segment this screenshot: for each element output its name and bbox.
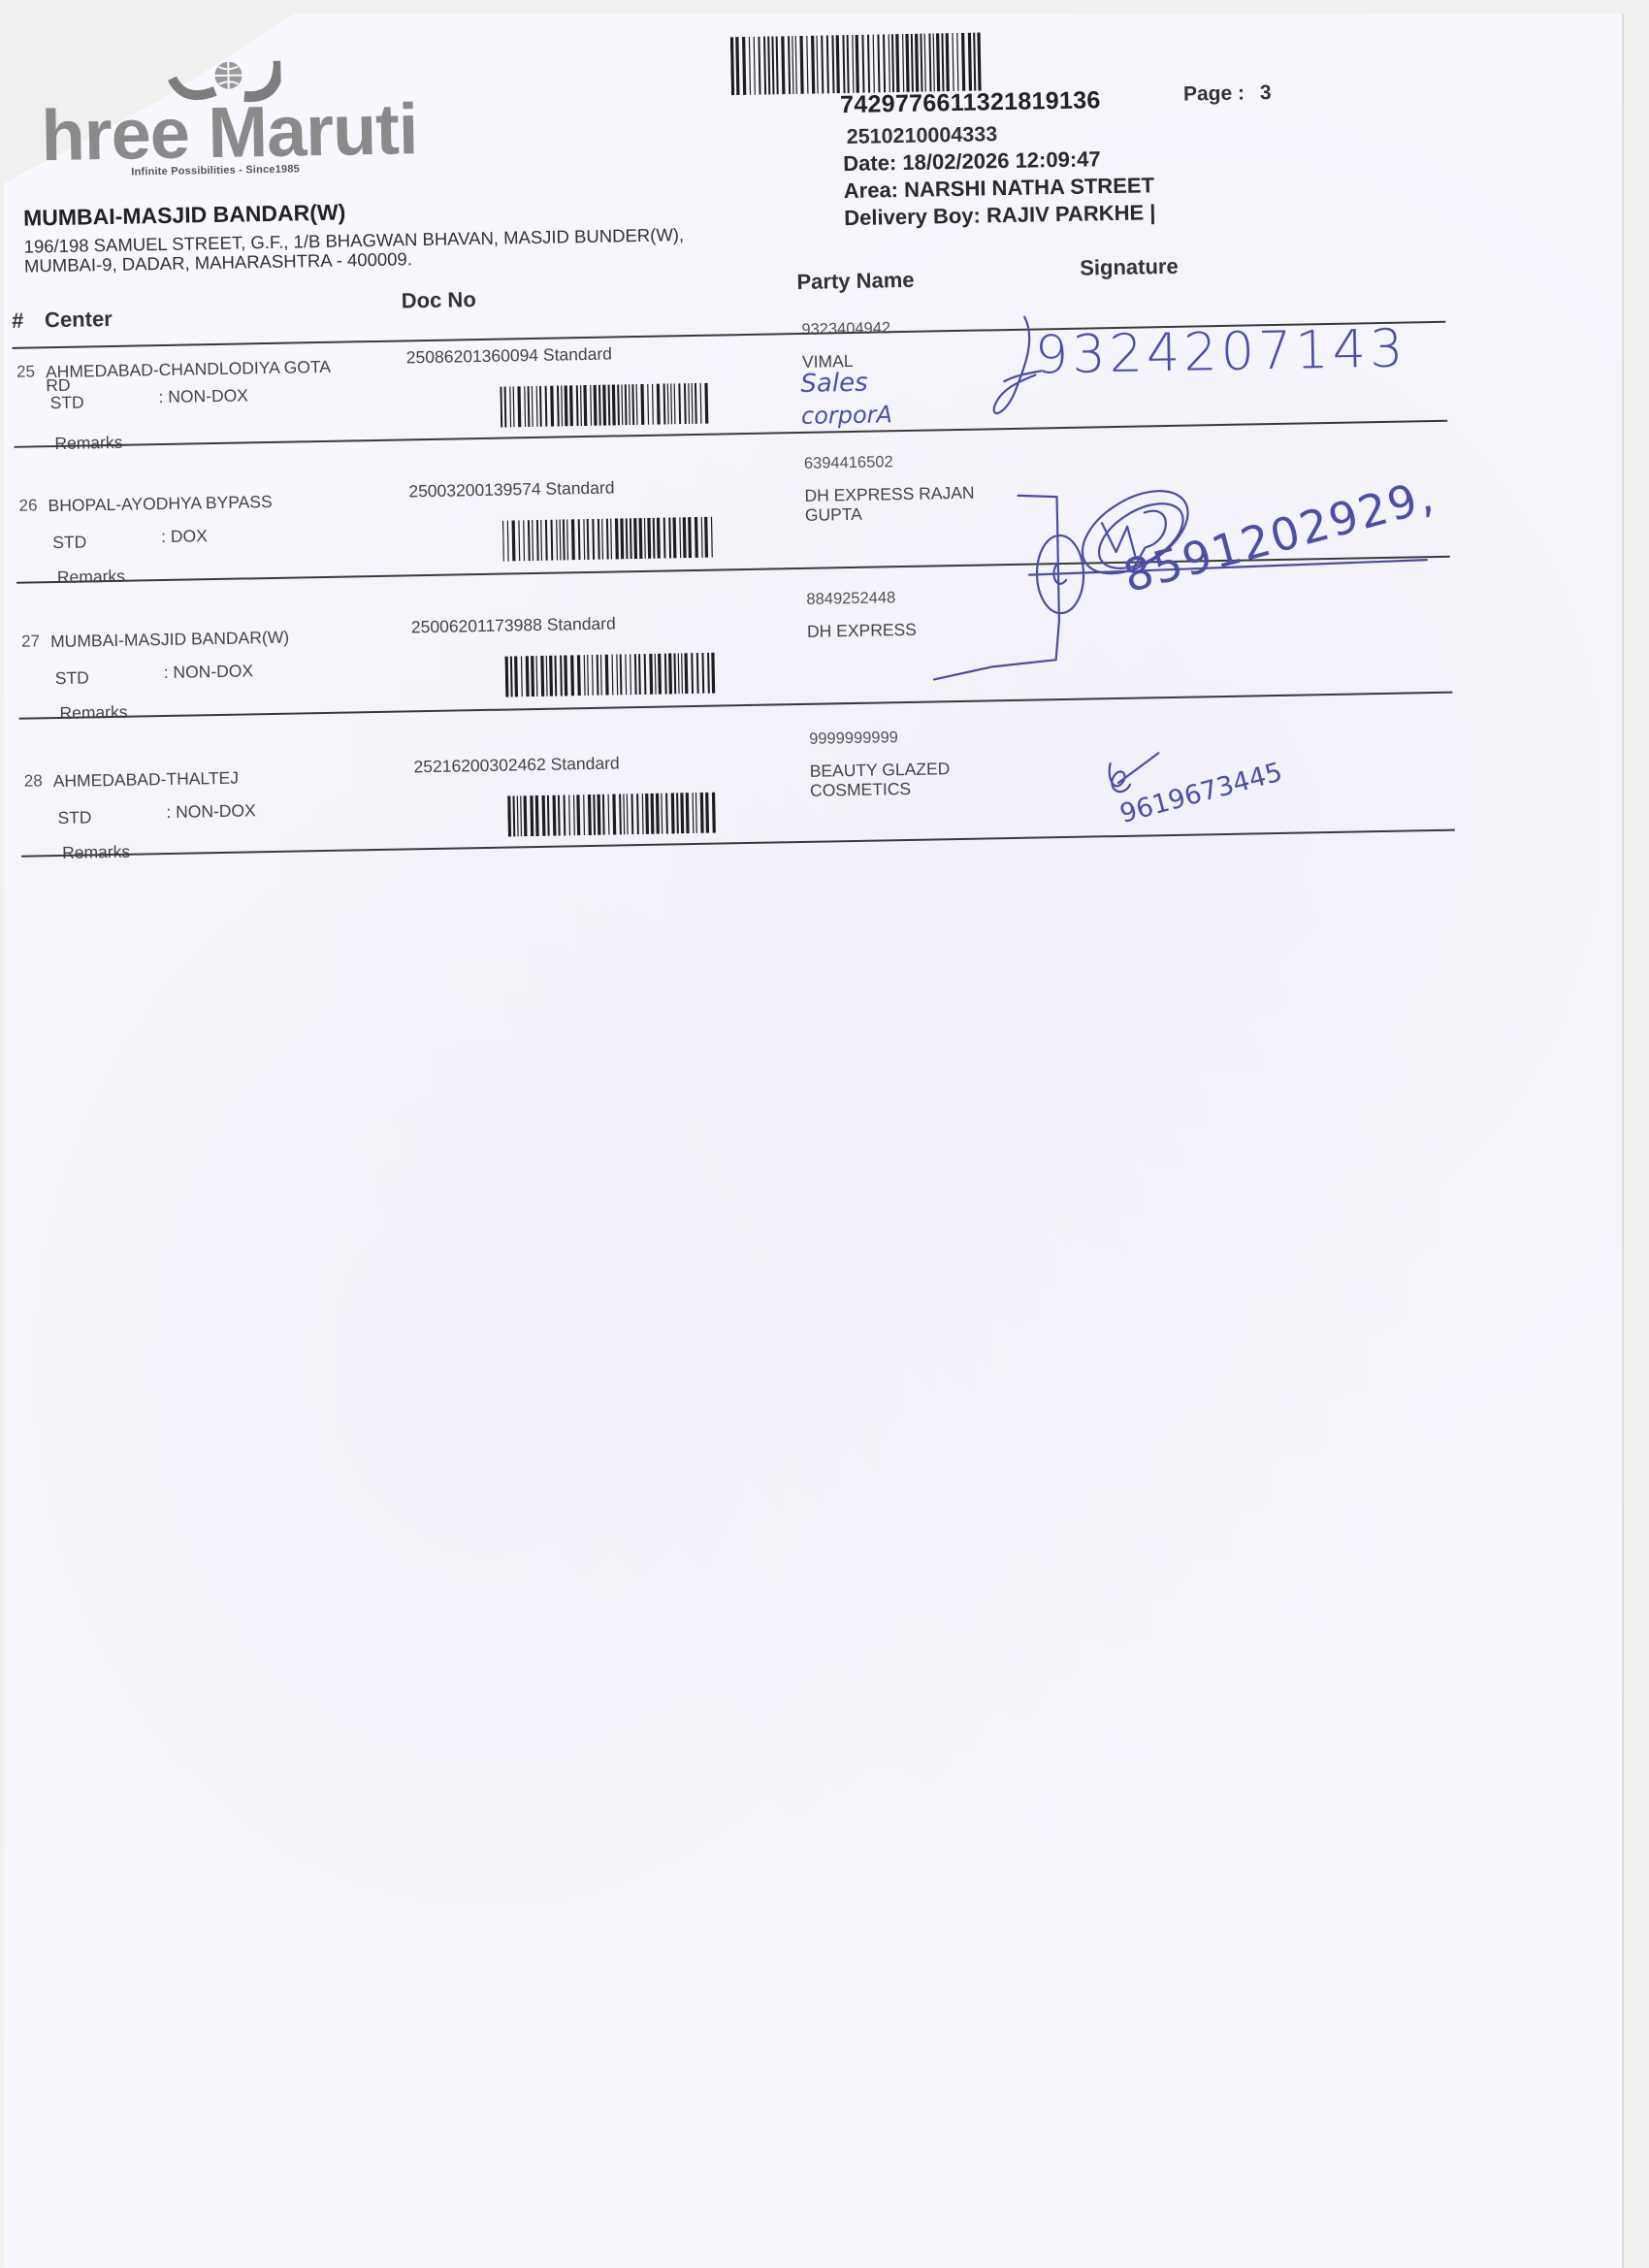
row-std-value: : NON-DOX [164, 661, 254, 683]
area-value: NARSHI NATHA STREET [904, 173, 1154, 202]
delivery-boy-label: Delivery Boy: [844, 204, 981, 231]
company-tagline: Infinite Possibilities - Since1985 [131, 163, 300, 178]
delivery-boy-line: Delivery Boy: RAJIV PARKHE | [844, 200, 1156, 231]
column-header-center: Center [45, 307, 113, 333]
row-std-value: : NON-DOX [166, 800, 256, 823]
column-header-party-name: Party Name [796, 268, 915, 295]
barcode-number: 7429776611321819136 [840, 86, 1101, 119]
row-center: BHOPAL-AYODHYA BYPASS [48, 492, 272, 516]
delivery-boy-value: RAJIV PARKHE | [986, 200, 1156, 227]
row-doc-no: 25086201360094 Standard [406, 344, 613, 369]
column-header-doc-no: Doc No [402, 287, 476, 313]
manifest-barcode [730, 32, 986, 95]
area-line: Area: NARSHI NATHA STREET [844, 173, 1155, 204]
handwritten-signature-row-25: 9324207143 [1034, 317, 1407, 385]
row-remarks-label: Remarks [54, 433, 122, 454]
row-doc-no: 25216200302462 Standard [413, 753, 620, 777]
branch-name: MUMBAI-MASJID BANDAR(W) [23, 200, 346, 232]
row-index: 26 [18, 496, 37, 515]
page-label: Page : [1183, 82, 1245, 106]
column-header-signature: Signature [1080, 254, 1179, 281]
row-barcode [502, 517, 715, 562]
row-barcode [507, 793, 720, 837]
row-center: AHMEDABAD-THALTEJ [53, 768, 240, 793]
row-party-name: BEAUTY GLAZED [810, 759, 951, 782]
date-line: Date: 18/02/2026 12:09:47 [843, 146, 1101, 177]
row-remarks-label: Remarks [59, 702, 127, 724]
page-indicator: Page : 3 [1183, 81, 1272, 107]
row-phone: 8849252448 [806, 589, 895, 609]
row-index: 25 [16, 362, 35, 381]
row-barcode [500, 383, 712, 428]
row-std-label: STD [49, 392, 83, 413]
row-phone: 6394416502 [804, 453, 893, 473]
row-phone: 9323404942 [801, 319, 890, 340]
row-index: 28 [24, 771, 43, 791]
row-doc-no: 25006201173988 Standard [411, 613, 616, 637]
row-center: MUMBAI-MASJID BANDAR(W) [50, 628, 289, 653]
row-phone: 9999999999 [809, 729, 898, 749]
row-remarks-label: Remarks [57, 567, 125, 588]
row-std-label: STD [52, 532, 86, 553]
row-std-value: : DOX [161, 526, 208, 547]
row-center: AHMEDABAD-CHANDLODIYA GOTA [46, 357, 331, 382]
row-divider [21, 829, 1455, 858]
row-party-name-cont: GUPTA [805, 504, 862, 526]
row-barcode [504, 653, 717, 697]
row-party-name-cont: COSMETICS [810, 779, 911, 801]
company-logo-text: hree Maruti [41, 93, 418, 172]
document-content: hree Maruti Infinite Possibilities - Sin… [0, 0, 1649, 970]
row-divider [19, 692, 1453, 720]
row-index: 27 [21, 632, 40, 651]
date-label: Date: [843, 150, 896, 176]
column-header-hash: # [12, 308, 24, 334]
row-divider [14, 420, 1447, 448]
handwritten-note-sales: Sales [800, 369, 868, 399]
handwritten-note-corporate: corporA [801, 401, 892, 430]
row-std-label: STD [55, 667, 89, 689]
page-number: 3 [1260, 81, 1272, 104]
row-doc-no: 25003200139574 Standard [408, 477, 615, 502]
row-std-value: : NON-DOX [158, 385, 248, 407]
date-value: 18/02/2026 12:09:47 [902, 146, 1101, 175]
manifest-number: 2510210004333 [847, 122, 998, 149]
area-label: Area: [844, 178, 899, 203]
row-remarks-label: Remarks [62, 842, 130, 863]
row-std-label: STD [57, 807, 91, 828]
row-party-name: DH EXPRESS [807, 620, 917, 642]
